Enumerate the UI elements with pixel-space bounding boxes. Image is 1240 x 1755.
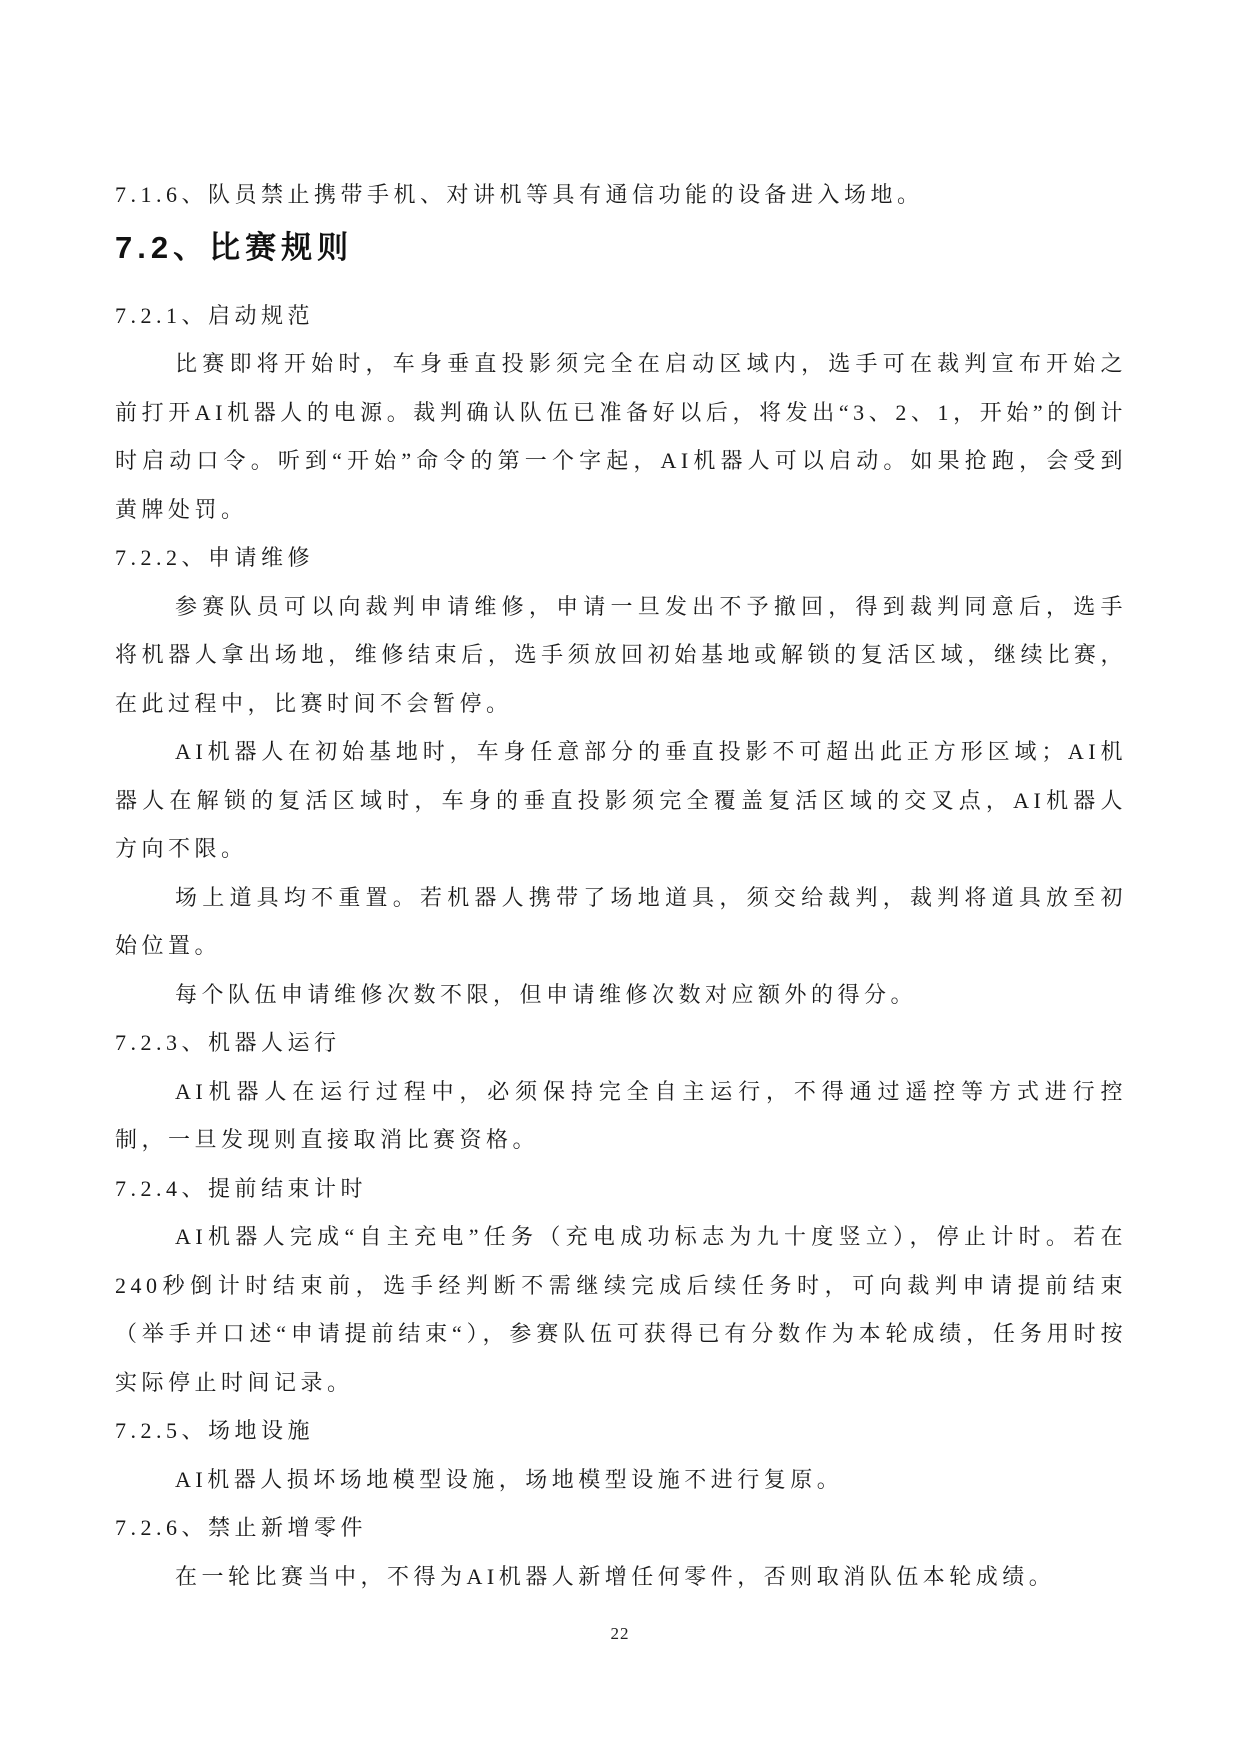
paragraph-autonomous-run: AI机器人在运行过程中，必须保持完全自主运行，不得通过遥控等方式进行控制，一旦发…	[115, 1068, 1127, 1165]
paragraph-props-reset: 场上道具均不重置。若机器人携带了场地道具，须交给裁判，裁判将道具放至初始位置。	[115, 874, 1127, 971]
subsection-7-2-5-title: 7.2.5、场地设施	[115, 1407, 1127, 1456]
subsection-7-2-1-title: 7.2.1、启动规范	[115, 292, 1127, 341]
subsection-7-2-3-title: 7.2.3、机器人运行	[115, 1019, 1127, 1068]
paragraph-base-projection: AI机器人在初始基地时，车身任意部分的垂直投影不可超出此正方形区域；AI机器人在…	[115, 728, 1127, 874]
page-number: 22	[0, 1624, 1240, 1644]
paragraph-field-facility: AI机器人损坏场地模型设施，场地模型设施不进行复原。	[115, 1456, 1127, 1505]
subsection-7-2-2-title: 7.2.2、申请维修	[115, 534, 1127, 583]
paragraph-repair-request: 参赛队员可以向裁判申请维修，申请一旦发出不予撤回，得到裁判同意后，选手将机器人拿…	[115, 583, 1127, 729]
subsection-7-2-6-title: 7.2.6、禁止新增零件	[115, 1504, 1127, 1553]
document-body: 7.1.6、队员禁止携带手机、对讲机等具有通信功能的设备进入场地。 7.2、比赛…	[115, 171, 1127, 1601]
section-heading-7-2: 7.2、比赛规则	[115, 220, 1127, 292]
document-page: 7.1.6、队员禁止携带手机、对讲机等具有通信功能的设备进入场地。 7.2、比赛…	[0, 0, 1240, 1755]
paragraph-no-new-parts: 在一轮比赛当中，不得为AI机器人新增任何零件，否则取消队伍本轮成绩。	[115, 1553, 1127, 1602]
paragraph-start-rules: 比赛即将开始时，车身垂直投影须完全在启动区域内，选手可在裁判宣布开始之前打开AI…	[115, 340, 1127, 534]
paragraph-repair-times: 每个队伍申请维修次数不限，但申请维修次数对应额外的得分。	[115, 971, 1127, 1020]
subsection-7-2-4-title: 7.2.4、提前结束计时	[115, 1165, 1127, 1214]
rule-item-7-1-6: 7.1.6、队员禁止携带手机、对讲机等具有通信功能的设备进入场地。	[115, 171, 1127, 220]
paragraph-early-finish: AI机器人完成“自主充电”任务（充电成功标志为九十度竖立），停止计时。若在240…	[115, 1213, 1127, 1407]
